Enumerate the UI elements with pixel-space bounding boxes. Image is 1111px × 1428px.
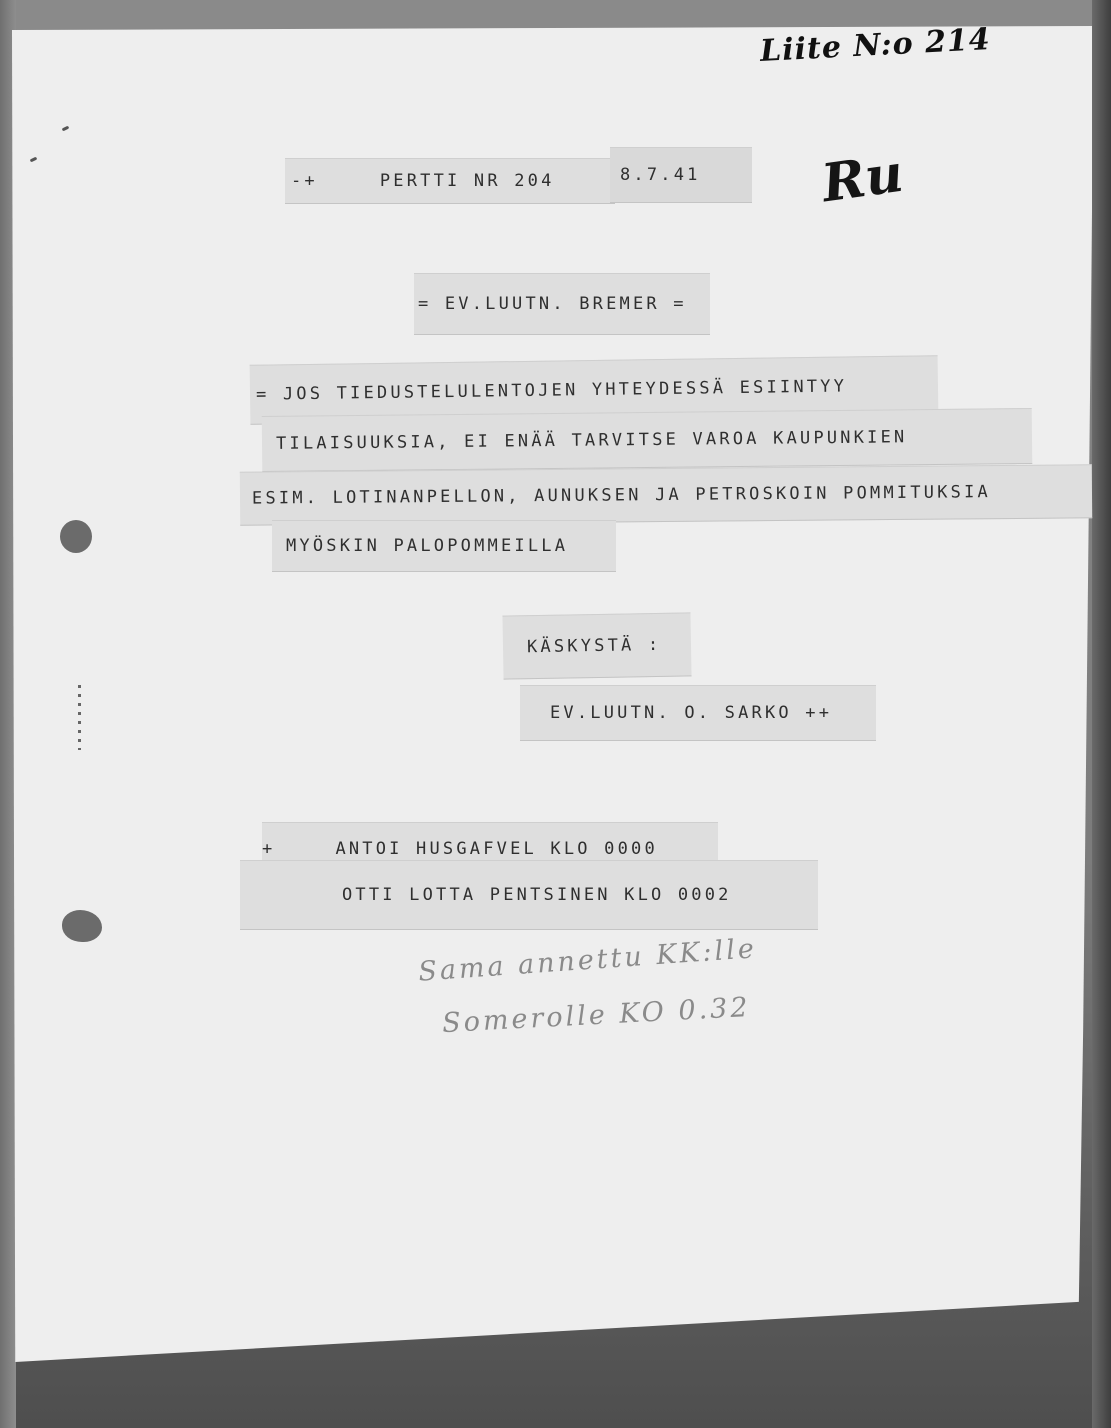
transmission-received-strip: OTTI LOTTA PENTSINEN KLO 0002 bbox=[240, 860, 818, 930]
body-strip-4: MYÖSKIN PALOPOMMEILLA bbox=[272, 520, 616, 572]
signature-intro-strip: KÄSKYSTÄ : bbox=[502, 612, 691, 679]
signature-intro: KÄSKYSTÄ : bbox=[527, 635, 662, 657]
punch-hole-bottom bbox=[62, 910, 102, 942]
signature: EV.LUUTN. O. SARKO ++ bbox=[550, 703, 832, 723]
header-sender: PERTTI NR 204 bbox=[380, 171, 555, 191]
margin-mark bbox=[78, 685, 81, 750]
initials-signature: Ru bbox=[818, 143, 907, 215]
punch-hole-top bbox=[60, 520, 92, 553]
body-line: ESIM. LOTINANPELLON, AUNUKSEN JA PETROSK… bbox=[252, 482, 991, 508]
body-strip-3: ESIM. LOTINANPELLON, AUNUKSEN JA PETROSK… bbox=[240, 464, 1092, 525]
signature-strip: EV.LUUTN. O. SARKO ++ bbox=[520, 685, 876, 741]
transmission-given: ANTOI HUSGAFVEL KLO 0000 bbox=[335, 839, 657, 859]
header-date-strip: 8.7.41 bbox=[610, 147, 752, 203]
header-prefix: -+ bbox=[291, 171, 318, 191]
transmission-prefix: + bbox=[262, 839, 275, 859]
body-line: MYÖSKIN PALOPOMMEILLA bbox=[286, 536, 568, 556]
transmission-received: OTTI LOTTA PENTSINEN KLO 0002 bbox=[342, 885, 732, 905]
header-strip: -+ PERTTI NR 204 bbox=[285, 158, 615, 204]
body-strip-2: TILAISUUKSIA, EI ENÄÄ TARVITSE VAROA KAU… bbox=[262, 408, 1033, 472]
header-date: 8.7.41 bbox=[620, 165, 701, 185]
scan-background-right bbox=[1092, 0, 1111, 1428]
body-line: = JOS TIEDUSTELULENTOJEN YHTEYDESSÄ ESII… bbox=[256, 376, 847, 404]
body-line: TILAISUUKSIA, EI ENÄÄ TARVITSE VAROA KAU… bbox=[276, 427, 908, 454]
addressee-strip: = EV.LUUTN. BREMER = bbox=[414, 273, 710, 335]
addressee: = EV.LUUTN. BREMER = bbox=[418, 294, 687, 314]
